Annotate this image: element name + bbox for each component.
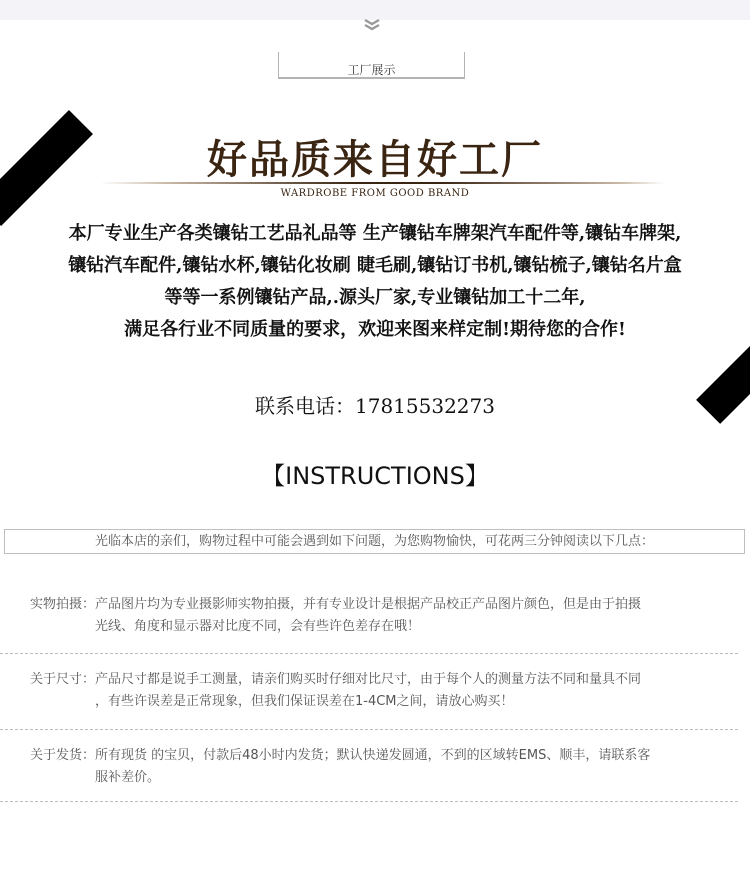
faq-item-shipping: 关于发货： 所有现货 的宝贝，付款后48小时内发货；默认快递发圆通，不到的区域转… <box>0 745 750 789</box>
faq-item-size: 关于尺寸： 产品尺寸都是说手工测量，请亲们购买时仔细对比尺寸，由于每个人的测量方… <box>0 669 750 713</box>
faq-text-line: ，有些许误差是正常现象，但我们保证误差在1-4CM之间，请放心购买！ <box>95 691 735 713</box>
top-strip <box>0 0 750 20</box>
faq-text-line: 产品尺寸都是说手工测量，请亲们购买时仔细对比尺寸，由于每个人的测量方法不同和量具… <box>95 669 735 691</box>
headline: 好品质来自好工厂 <box>0 128 750 185</box>
dashed-divider <box>0 653 738 654</box>
intro-line: 本厂专业生产各类镶钻工艺品礼品等 生产镶钻车牌架汽车配件等,镶钻车牌架, <box>0 218 750 250</box>
intro-line: 等等一系例镶钻产品,.源头厂家,专业镶钻加工十二年, <box>0 282 750 314</box>
headline-divider <box>100 182 665 184</box>
intro-line: 满足各行业不同质量的要求，欢迎来图来样定制!期待您的合作! <box>0 314 750 346</box>
intro-paragraph: 本厂专业生产各类镶钻工艺品礼品等 生产镶钻车牌架汽车配件等,镶钻车牌架, 镶钻汽… <box>0 218 750 346</box>
intro-line: 镶钻汽车配件,镶钻水杯,镶钻化妆刷 睫毛刷,镶钻订书机,镶钻梳子,镶钻名片盒 <box>0 250 750 282</box>
double-chevron-down-icon <box>362 18 382 32</box>
faq-text-line: 所有现货 的宝贝，付款后48小时内发货；默认快递发圆通，不到的区域转EMS、顺丰… <box>95 745 735 767</box>
faq-item-photos: 实物拍摄： 产品图片均为专业摄影师实物拍摄，并有专业设计是根据产品校正产品图片颜… <box>0 594 750 638</box>
faq-label: 关于发货： <box>0 745 95 789</box>
headline-subtitle: WARDROBE FROM GOOD BRAND <box>0 188 750 199</box>
dashed-divider <box>0 801 738 802</box>
faq-text-line: 光线、角度和显示器对比度不同，会有些许色差存在哦！ <box>95 616 735 638</box>
faq-text-line: 产品图片均为专业摄影师实物拍摄，并有专业设计是根据产品校正产品图片颜色，但是由于… <box>95 594 735 616</box>
faq-text-line: 服补差价。 <box>95 767 735 789</box>
instructions-title: 【INSTRUCTIONS】 <box>0 456 750 491</box>
section-tab-label: 工厂展示 <box>279 61 464 78</box>
contact-phone: 联系电话：17815532273 <box>0 390 750 419</box>
faq-label: 关于尺寸： <box>0 669 95 713</box>
faq-label: 实物拍摄： <box>0 594 95 638</box>
notice-box: 光临本店的亲们，购物过程中可能会遇到如下问题，为您购物愉快，可花两三分钟阅读以下… <box>4 529 745 554</box>
notice-text: 光临本店的亲们，购物过程中可能会遇到如下问题，为您购物愉快，可花两三分钟阅读以下… <box>95 534 654 549</box>
dashed-divider <box>0 729 738 730</box>
section-tab-factory: 工厂展示 <box>278 52 465 79</box>
